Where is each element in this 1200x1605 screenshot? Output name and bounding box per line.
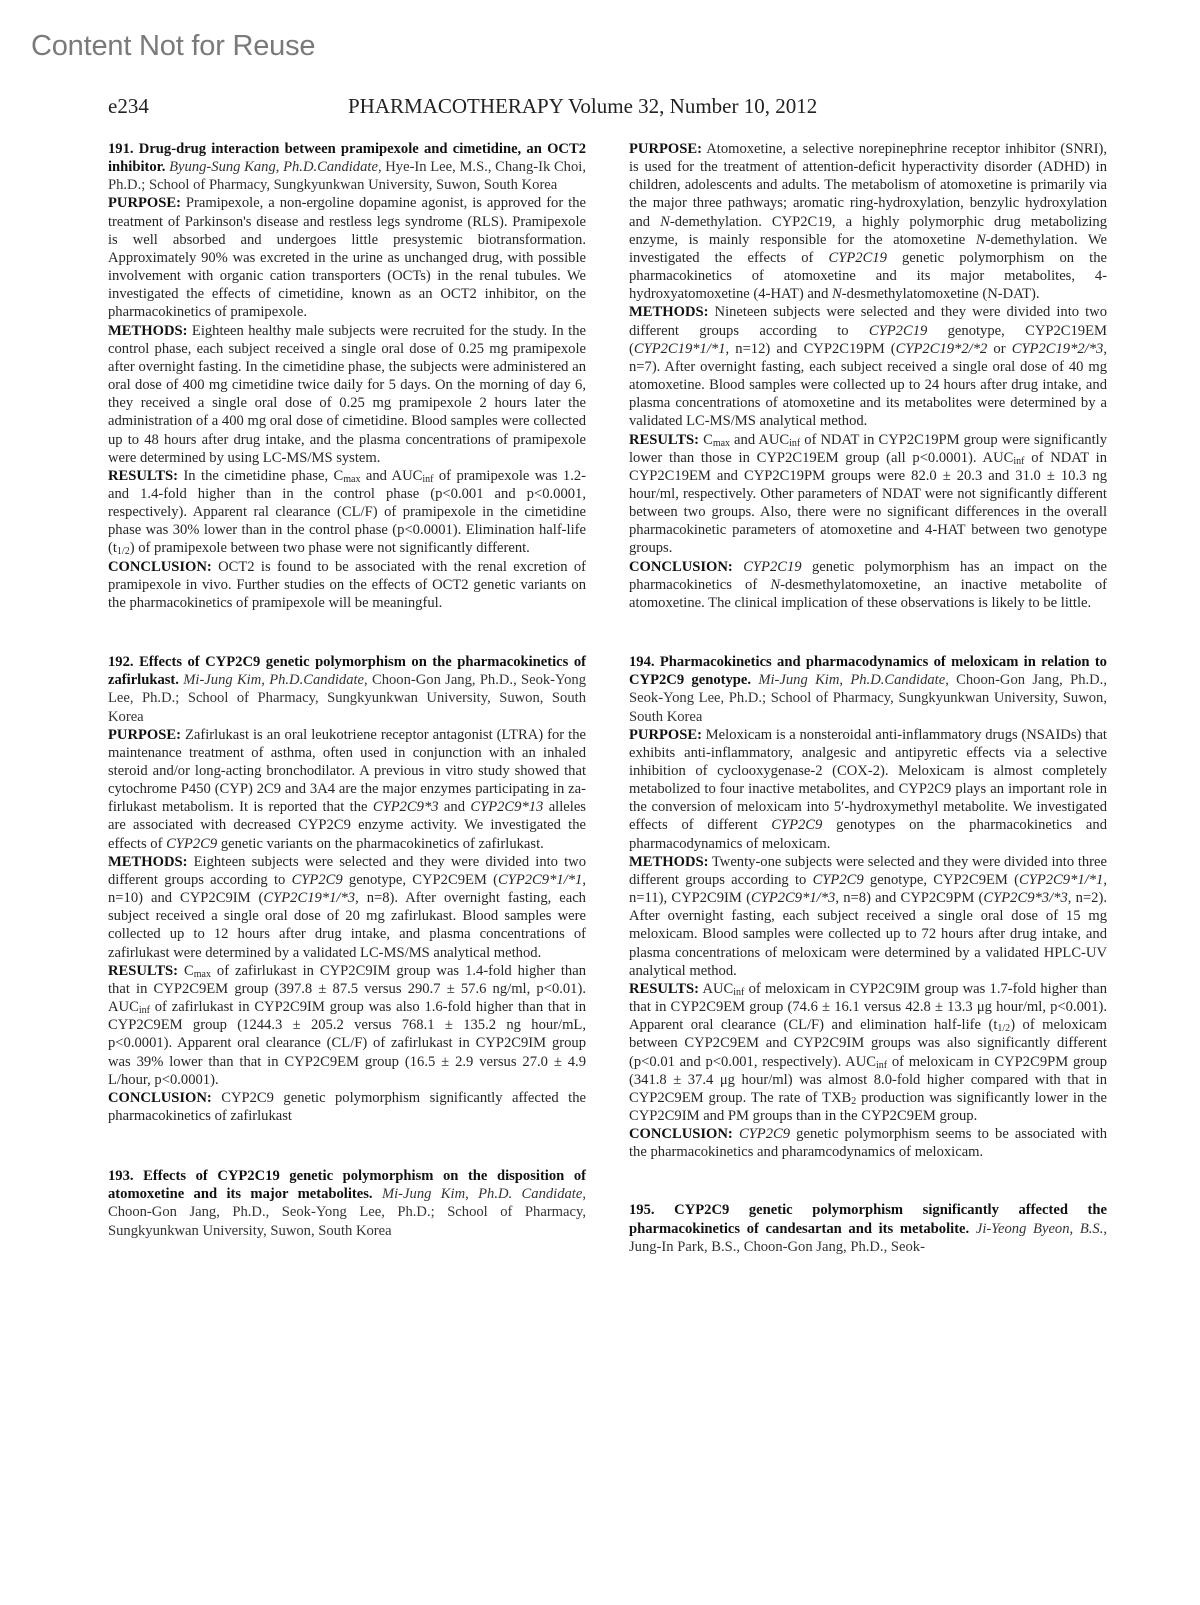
abstract-195-heading: 195. CYP2C9 genetic polymorphism signifi… [629, 1201, 1107, 1255]
methods-section: METHODS: Twenty-one subjects were select… [629, 853, 1107, 980]
methods-section: METHODS: Eighteen healthy male subjects … [108, 322, 586, 467]
purpose-section: PURPOSE: Pramipexole, a non-ergoline dop… [108, 194, 586, 321]
genotype: CYP2C9*1/*1 [498, 872, 582, 888]
results-text: of zafirlukast in CYP2C9IM group was als… [108, 999, 586, 1088]
results-label: RESULTS: [629, 981, 699, 997]
abstract-number: 191. [108, 141, 134, 157]
italic-n: N [770, 577, 780, 593]
page-number: e234 [108, 94, 149, 119]
abstract-heading: 191. Drug-drug interaction between prami… [108, 140, 586, 194]
first-author: Byung-Sung Kang, Ph.D.Candidate [169, 159, 378, 175]
first-author: Ji-Yeong Byeon, B.S. [976, 1221, 1103, 1237]
genotype: CYP2C19*2/*2 [896, 341, 988, 357]
genotype: CYP2C9*3/*3 [983, 890, 1067, 906]
conclusion-label: CONCLUSION: [629, 559, 733, 575]
spacer [629, 612, 1107, 653]
results-text: In the cimetidine phase, C [178, 468, 343, 484]
subscript: inf [876, 1060, 887, 1071]
results-text: AUC [699, 981, 733, 997]
purpose-text: and [439, 799, 471, 815]
conclusion-label: CONCLUSION: [108, 559, 212, 575]
abstract-192: 192. Effects of CYP2C9 genetic polymorph… [108, 653, 586, 1125]
subscript: 1/2 [997, 1023, 1010, 1034]
methods-text: , n=12) and CYP2C19PM ( [726, 341, 896, 357]
watermark: Content Not for Reuse [31, 30, 315, 63]
genotype: CYP2C19*1/*3 [263, 890, 355, 906]
genotype: CYP2C9*1/*3 [751, 890, 835, 906]
purpose-text: Pramipexole, a non-ergoline dopamine ago… [108, 195, 586, 320]
purpose-label: PURPOSE: [108, 727, 181, 743]
methods-text: genotype, CYP2C9EM ( [343, 872, 498, 888]
gene-name: CYP2C19 [829, 250, 887, 266]
first-author: Mi-Jung Kim, Ph.D.Candidate [183, 672, 364, 688]
subscript: inf [422, 474, 433, 485]
results-text: C [178, 963, 194, 979]
gene-name: CYP2C19 [733, 559, 802, 575]
methods-label: METHODS: [108, 323, 187, 339]
purpose-label: PURPOSE: [629, 141, 702, 157]
abstract-heading: 193. Effects of CYP2C19 genetic polymorp… [108, 1167, 586, 1240]
abstract-193-body: PURPOSE: Atomoxetine, a selective norepi… [629, 140, 1107, 612]
right-column: PURPOSE: Atomoxetine, a selective norepi… [629, 140, 1107, 1256]
gene-name: CYP2C9 [166, 836, 217, 852]
spacer [108, 612, 586, 653]
purpose-section: PURPOSE: Meloxicam is a nonsteroidal ant… [629, 726, 1107, 853]
results-label: RESULTS: [629, 432, 699, 448]
results-label: RESULTS: [108, 963, 178, 979]
conclusion-label: CONCLUSION: [629, 1126, 733, 1142]
methods-label: METHODS: [629, 854, 708, 870]
abstract-number: 195. [629, 1202, 655, 1218]
gene-name: CYP2C9 [733, 1126, 790, 1142]
gene-name: CYP2C9 [771, 817, 822, 833]
abstract-heading: 194. Pharmacokinetics and pharmacodynami… [629, 653, 1107, 726]
genotype: CYP2C9*1/*1 [1019, 872, 1103, 888]
purpose-label: PURPOSE: [629, 727, 702, 743]
gene-name: CYP2C19 [869, 323, 927, 339]
gene-name: CYP2C9 [813, 872, 864, 888]
purpose-section: PURPOSE: Zafirlukast is an oral leukotri… [108, 726, 586, 853]
results-text: and AUC [730, 432, 789, 448]
methods-label: METHODS: [108, 854, 187, 870]
left-column: 191. Drug-drug interaction between prami… [108, 140, 586, 1240]
purpose-text: -desmethylatomoxetine (N-DAT). [842, 286, 1040, 302]
conclusion-section: CONCLUSION: OCT2 is found to be associat… [108, 558, 586, 612]
conclusion-label: CONCLUSION: [108, 1090, 212, 1106]
purpose-text: genetic variants on the pharmacokinetics… [217, 836, 544, 852]
italic-n: N [660, 214, 670, 230]
abstract-number: 193. [108, 1168, 134, 1184]
methods-section: METHODS: Eighteen subjects were selected… [108, 853, 586, 962]
results-text: C [699, 432, 713, 448]
running-header: e234 PHARMACOTHERAPY Volume 32, Number 1… [108, 94, 868, 124]
gene-name: CYP2C9*13 [470, 799, 543, 815]
results-section: RESULTS: In the cimetidine phase, Cmax a… [108, 467, 586, 558]
italic-n: N [976, 232, 986, 248]
results-label: RESULTS: [108, 468, 178, 484]
subscript: 1/2 [117, 546, 130, 557]
methods-text: geno­type, CYP2C9EM ( [864, 872, 1019, 888]
genotype: CYP2C19*1/*1 [634, 341, 726, 357]
results-section: RESULTS: AUCinf of meloxicam in CYP2C9IM… [629, 980, 1107, 1125]
abstract-heading: 192. Effects of CYP2C9 genetic polymorph… [108, 653, 586, 726]
methods-label: METHODS: [629, 304, 708, 320]
italic-n: N [832, 286, 842, 302]
subscript: inf [139, 1005, 150, 1016]
purpose-label: PURPOSE: [108, 195, 181, 211]
journal-title: PHARMACOTHERAPY Volume 32, Number 10, 20… [348, 94, 817, 119]
conclusion-section: CONCLUSION: CYP2C19 genetic polymorphism… [629, 558, 1107, 612]
subscript: max [343, 474, 360, 485]
results-text: ) of pram­ipexole between two phase were… [130, 540, 530, 556]
methods-section: METHODS: Nineteen subjects were selected… [629, 303, 1107, 430]
abstract-191: 191. Drug-drug interaction between prami… [108, 140, 586, 612]
spacer [629, 1161, 1107, 1201]
genotype: CYP2C19*2/*3 [1012, 341, 1104, 357]
abstract-194: 194. Pharmacokinetics and pharmacodynami… [629, 653, 1107, 1161]
gene-name: CYP2C9*3 [373, 799, 439, 815]
first-author: Mi-Jung Kim, Ph.D. Candidate [382, 1186, 582, 1202]
subscript: max [194, 969, 211, 980]
methods-text: Eighteen healthy male subjects were recr… [108, 323, 586, 466]
conclusion-section: CONCLUSION: CYP2C9 genetic polymorphism … [629, 1125, 1107, 1161]
subscript: inf [1013, 456, 1024, 467]
gene-name: CYP2C9 [292, 872, 343, 888]
spacer [108, 1125, 586, 1167]
results-section: RESULTS: Cmax of zafirlukast in CYP2C9IM… [108, 962, 586, 1089]
methods-text: or [987, 341, 1011, 357]
abstract-heading: 195. CYP2C9 genetic polymorphism signifi… [629, 1201, 1107, 1255]
conclusion-section: CONCLUSION: CYP2C9 genetic polymorphism … [108, 1089, 586, 1125]
subscript: inf [733, 987, 744, 998]
methods-text: , n=8) and CYP2C9PM ( [835, 890, 983, 906]
results-text: and AUC [360, 468, 422, 484]
abstract-number: 192. [108, 654, 134, 670]
subscript: max [713, 438, 730, 449]
results-section: RESULTS: Cmax and AUCinf of NDAT in CYP2… [629, 431, 1107, 558]
abstract-number: 194. [629, 654, 655, 670]
first-author: Mi-Jung Kim, Ph.D.Candidate [758, 672, 945, 688]
purpose-section: PURPOSE: Atomoxetine, a selective norepi… [629, 140, 1107, 303]
subscript: inf [789, 438, 800, 449]
abstract-193-heading: 193. Effects of CYP2C19 genetic polymorp… [108, 1167, 586, 1240]
